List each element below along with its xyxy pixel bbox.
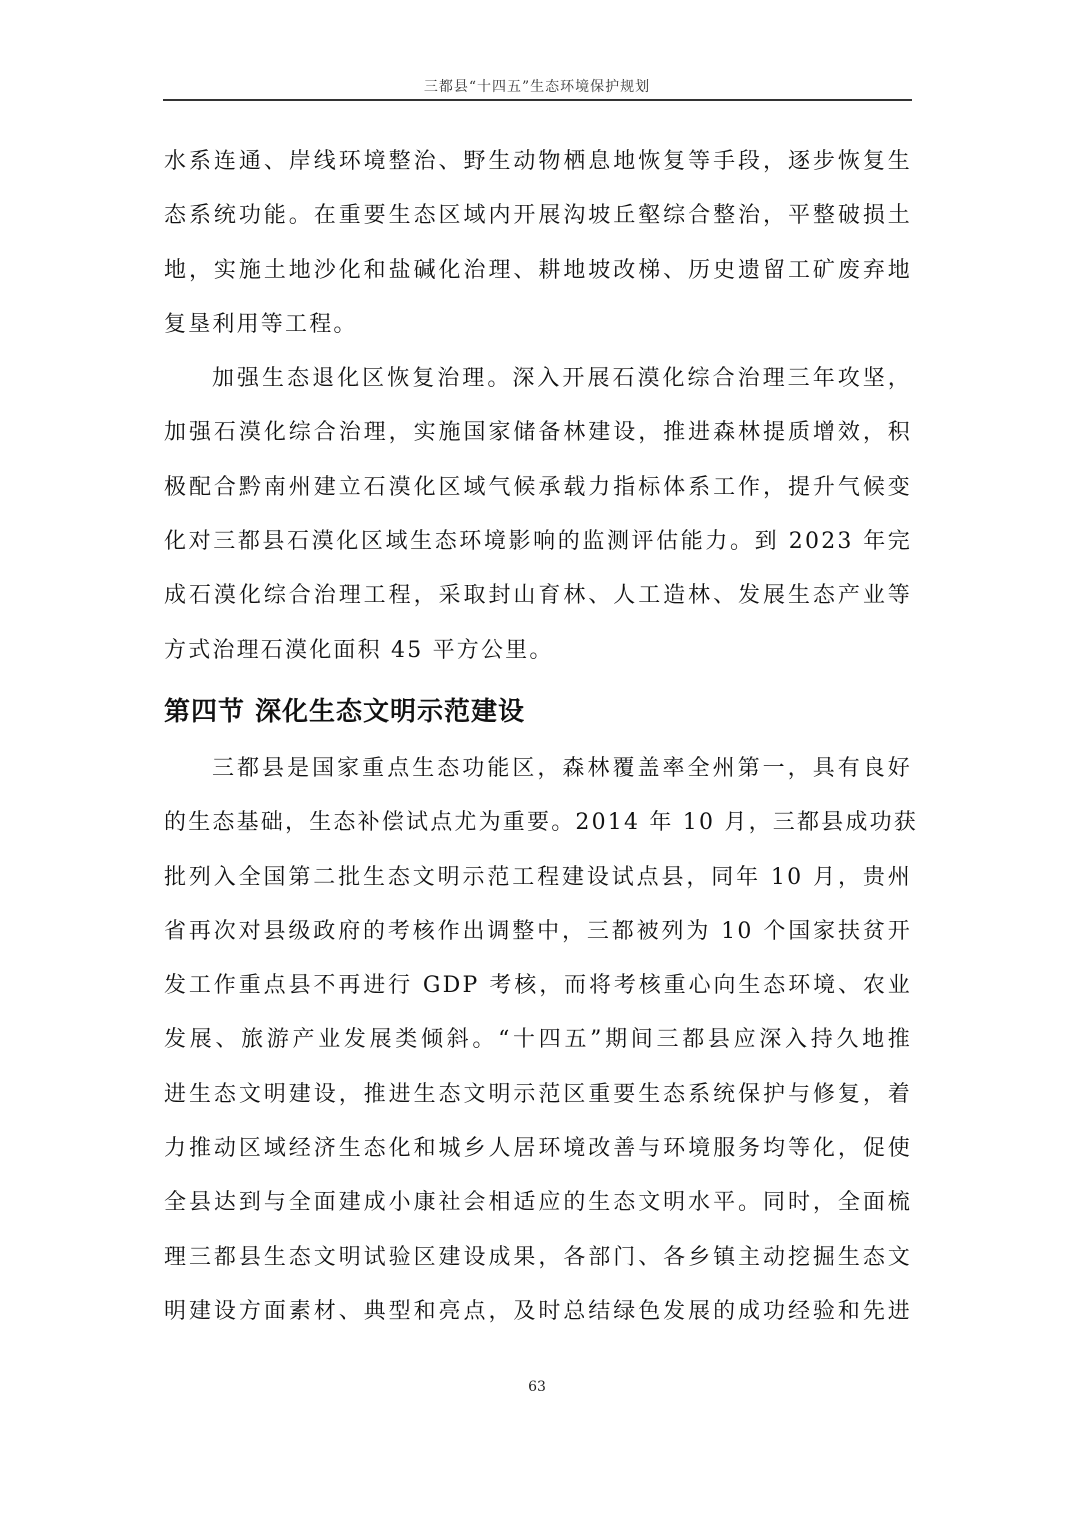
text-line: 理三都县生态文明试验区建设成果，各部门、各乡镇主动挖掘生态文 [164, 1231, 912, 1285]
text-line: 批列入全国第二批生态文明示范工程建设试点县，同年 10 月，贵州 [164, 851, 912, 905]
paragraph-1: 水系连通、岸线环境整治、野生动物栖息地恢复等手段，逐步恢复生 态系统功能。在重要… [164, 135, 912, 352]
page-number: 63 [0, 1379, 1074, 1395]
text-line: 进生态文明建设，推进生态文明示范区重要生态系统保护与修复，着 [164, 1068, 912, 1122]
text-line: 省再次对县级政府的考核作出调整中，三都被列为 10 个国家扶贫开 [164, 905, 912, 959]
text-line: 化对三都县石漠化区域生态环境影响的监测评估能力。到 2023 年完 [164, 515, 912, 569]
text-line: 态系统功能。在重要生态区域内开展沟坡丘壑综合整治，平整破损土 [164, 189, 912, 243]
text-line: 成石漠化综合治理工程，采取封山育林、人工造林、发展生态产业等 [164, 569, 912, 623]
text-line: 三都县是国家重点生态功能区，森林覆盖率全州第一，具有良好 [164, 742, 912, 796]
text-line: 水系连通、岸线环境整治、野生动物栖息地恢复等手段，逐步恢复生 [164, 135, 912, 189]
text-line: 地，实施土地沙化和盐碱化治理、耕地坡改梯、历史遗留工矿废弃地 [164, 244, 912, 298]
text-line: 极配合黔南州建立石漠化区域气候承载力指标体系工作，提升气候变 [164, 461, 912, 515]
text-line: 加强生态退化区恢复治理。深入开展石漠化综合治理三年攻坚， [164, 352, 912, 406]
paragraph-3: 三都县是国家重点生态功能区，森林覆盖率全州第一，具有良好 的生态基础，生态补偿试… [164, 742, 912, 1339]
text-line: 明建设方面素材、典型和亮点，及时总结绿色发展的成功经验和先进 [164, 1285, 912, 1339]
section-heading: 第四节 深化生态文明示范建设 [164, 686, 912, 738]
text-line: 力推动区域经济生态化和城乡人居环境改善与环境服务均等化，促使 [164, 1122, 912, 1176]
header-divider [163, 99, 912, 101]
text-line: 发展、旅游产业发展类倾斜。“十四五”期间三都县应深入持久地推 [164, 1013, 912, 1067]
page-body: 水系连通、岸线环境整治、野生动物栖息地恢复等手段，逐步恢复生 态系统功能。在重要… [164, 135, 912, 1339]
text-line: 全县达到与全面建成小康社会相适应的生态文明水平。同时，全面梳 [164, 1176, 912, 1230]
paragraph-2: 加强生态退化区恢复治理。深入开展石漠化综合治理三年攻坚， 加强石漠化综合治理，实… [164, 352, 912, 678]
text-line: 复垦利用等工程。 [164, 298, 912, 352]
text-line: 方式治理石漠化面积 45 平方公里。 [164, 624, 912, 678]
running-header: 三都县“十四五”生态环境保护规划 [0, 76, 1074, 96]
text-line: 的生态基础，生态补偿试点尤为重要。2014 年 10 月，三都县成功获 [164, 796, 912, 850]
text-line: 发工作重点县不再进行 GDP 考核，而将考核重心向生态环境、农业 [164, 959, 912, 1013]
text-line: 加强石漠化综合治理，实施国家储备林建设，推进森林提质增效，积 [164, 406, 912, 460]
